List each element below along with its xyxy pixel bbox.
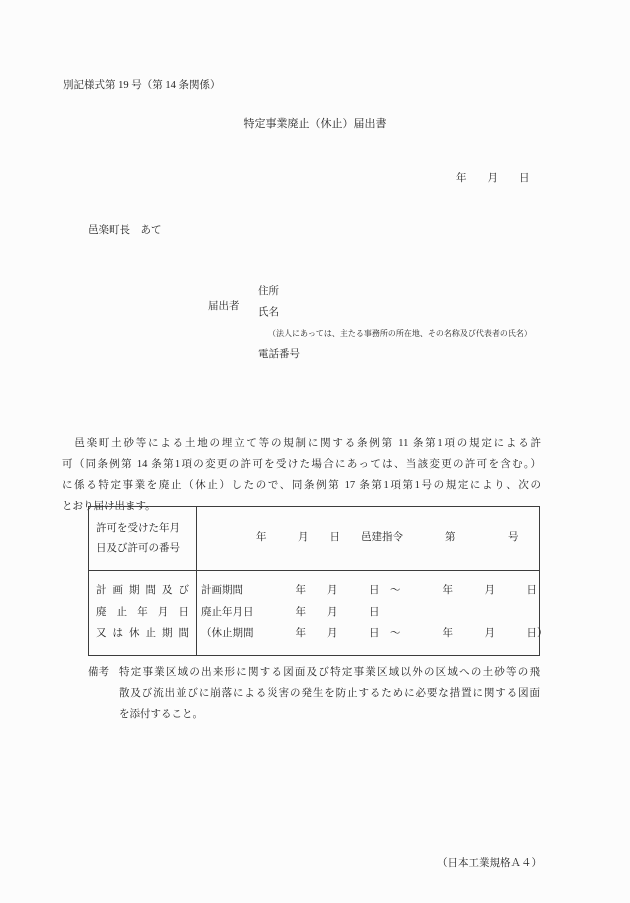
abolition-date-line: 廃止年月日 年 月 日 <box>201 602 539 624</box>
body-paragraph-line: 可（同条例第 14 条第1項の変更の許可を受けた場合にあっては、当該変更の許可を… <box>62 454 541 475</box>
remarks-label: 備考 <box>88 662 109 683</box>
declarant-block: 届出者 住所 氏名 （法人にあっては、主たる事務所の所在地、その名称及び代表者の… <box>208 281 568 365</box>
remarks-text: 特定事業区域の出来形に関する図面及び特定事業区域以外の区域への土砂等の飛 散及び… <box>119 662 540 725</box>
paper-size-note: （日本工業規格Ａ４） <box>437 859 542 870</box>
remarks-block: 備考 特定事業区域の出来形に関する図面及び特定事業区域以外の区域への土砂等の飛 … <box>88 662 540 725</box>
table-row-permit-date-number: 許可を受けた年月 日及び許可の番号 年 月 日 邑建指令 第 号 <box>89 507 539 571</box>
document-page: 別記様式第 19 号（第 14 条関係） 特定事業廃止（休止）届出書 年 月 日… <box>0 0 630 903</box>
label-line: 計画期間及び <box>96 580 189 602</box>
body-paragraph-line: に係る特定事業を廃止（休止）したので、同条例第 17 条第1項第1号の規定により… <box>62 475 541 496</box>
body-paragraph: 邑楽町土砂等による土地の埋立て等の規制に関する条例第 11 条第1項の規定による… <box>62 433 541 517</box>
declarant-role-label: 届出者 <box>208 302 240 313</box>
phone-label: 電話番号 <box>258 344 568 365</box>
label-line: 許可を受けた年月 <box>96 519 189 539</box>
document-title: 特定事業廃止（休止）届出書 <box>0 119 630 130</box>
body-paragraph-line: 邑楽町土砂等による土地の埋立て等の規制に関する条例第 11 条第1項の規定による… <box>62 433 541 454</box>
plan-period-value: 計画期間 年 月 日 ～ 年 月 日 廃止年月日 年 月 日 （休止期間 年 月… <box>197 571 539 655</box>
remarks-line: 特定事業区域の出来形に関する図面及び特定事業区域以外の区域への土砂等の飛 <box>119 662 540 683</box>
addressee: 邑楽町長 あて <box>88 226 162 237</box>
permit-table: 許可を受けた年月 日及び許可の番号 年 月 日 邑建指令 第 号 計画期間及び … <box>88 506 540 656</box>
label-line: 廃止年月日 <box>96 602 189 624</box>
permit-date-number-label: 許可を受けた年月 日及び許可の番号 <box>89 507 197 570</box>
name-label: 氏名 <box>258 302 568 323</box>
permit-date-number-value: 年 月 日 邑建指令 第 号 <box>197 507 539 570</box>
corporate-note: （法人にあっては、主たる事務所の所在地、その名称及び代表者の氏名） <box>268 323 568 344</box>
plan-period-label: 計画期間及び 廃止年月日 又は休止期間 <box>89 571 197 655</box>
label-line: 日及び許可の番号 <box>96 539 189 559</box>
table-row-plan-period: 計画期間及び 廃止年月日 又は休止期間 計画期間 年 月 日 ～ 年 月 日 廃… <box>89 571 539 655</box>
form-number: 別記様式第 19 号（第 14 条関係） <box>63 81 221 92</box>
remarks-line: を添付すること。 <box>119 704 540 725</box>
address-label: 住所 <box>258 281 568 302</box>
remarks-line: 散及び流出並びに崩落による災害の発生を防止するために必要な措置に関する図面 <box>119 683 540 704</box>
label-line: 又は休止期間 <box>96 623 189 645</box>
suspension-period-line: （休止期間 年 月 日 ～ 年 月 日） <box>201 623 539 645</box>
date-line: 年 月 日 <box>456 174 530 185</box>
plan-period-line: 計画期間 年 月 日 ～ 年 月 日 <box>201 580 539 602</box>
